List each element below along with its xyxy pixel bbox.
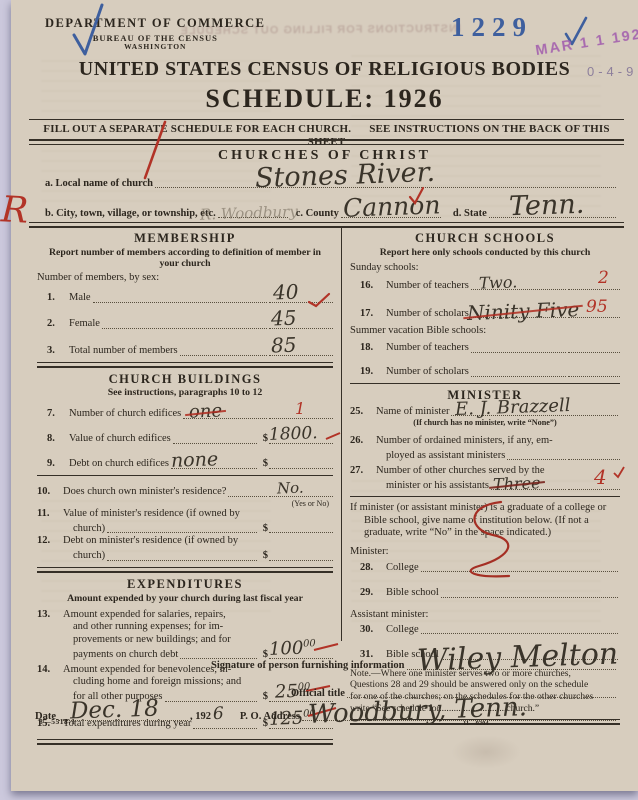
- assistant-count-answer: [568, 447, 620, 460]
- dollar-sign: $: [263, 550, 268, 562]
- assistant-college-label: College: [386, 624, 419, 636]
- schools-subheading: Report here only schools conducted by th…: [358, 247, 612, 258]
- field-residence-value: 11. Value of minister's residence (if ow…: [37, 508, 333, 520]
- item-number: 1.: [47, 292, 69, 304]
- red-margin-mark: R: [0, 189, 29, 233]
- red-brace-scribble: [439, 500, 539, 592]
- field-total-members: 3. Total number of members 85: [37, 343, 333, 358]
- female-answer: 45: [269, 316, 333, 329]
- edifices-value-answer: 1800.: [269, 431, 333, 444]
- field-residence-debt-2: church) $: [37, 548, 333, 563]
- sunday-scholars-value: Ninity Five: [466, 299, 579, 323]
- red-check-icon: [307, 292, 331, 308]
- city-label: b. City, town, village, or township, etc…: [45, 208, 216, 220]
- residence-debt-label-cont: church): [73, 550, 105, 562]
- item-number: 18.: [360, 342, 386, 354]
- form-content: INSTRUCTIONS FOR FILLING OUT SCHEDULE DE…: [11, 0, 638, 791]
- assistant-count-line1: Number of ordained ministers, if any, em…: [376, 435, 553, 447]
- dotted-leader: R. Woodbury: [218, 217, 288, 218]
- summer-teachers-label: Number of teachers: [386, 342, 469, 354]
- field-minister-name: 25. Name of minister E. J. Brazzell: [350, 406, 620, 418]
- field-sunday-scholars: 17. Number of scholars Ninity Five 95: [350, 305, 620, 320]
- edifices-count-red-value: 1: [295, 401, 305, 417]
- date-year-digit: 6: [213, 706, 224, 723]
- dotted-leader: [107, 560, 257, 561]
- total-members-value: 85: [271, 334, 297, 355]
- dotted-leader: one: [183, 418, 267, 419]
- field-exp-13-amount: payments on church debt $ 10000: [37, 646, 333, 661]
- item-number: 14.: [37, 664, 63, 676]
- residence-debt-label: Debt on minister's residence (if owned b…: [63, 535, 238, 547]
- dotted-leader: [102, 328, 267, 329]
- field-summer-scholars: 19. Number of scholars: [350, 364, 620, 379]
- dotted-leader: none: [171, 468, 257, 469]
- sunday-teachers-label: Number of teachers: [386, 280, 469, 292]
- membership-heading: MEMBERSHIP: [37, 231, 333, 246]
- dotted-leader: E. J. Brazzell: [451, 415, 618, 416]
- edifices-count-answer: 1: [269, 406, 333, 419]
- field-assistant-count-2: ployed as assistant ministers: [350, 447, 620, 462]
- dotted-leader: [107, 532, 257, 533]
- dotted-leader: Tenn.: [489, 217, 616, 218]
- membership-subheading: Report number of members according to de…: [45, 247, 325, 270]
- sunday-scholars-answer: 95: [568, 305, 620, 318]
- dollar-sign: $: [263, 691, 268, 703]
- local-name-label: a. Local name of church: [45, 178, 153, 190]
- summer-scholars-answer: [568, 364, 620, 377]
- residence-value-label: Value of minister's residence (if owned …: [63, 508, 240, 520]
- county-label: c. County: [296, 208, 339, 220]
- item-number: 8.: [47, 433, 69, 445]
- minister-college-label: College: [386, 562, 419, 574]
- serial-number-stamp: 1229: [451, 12, 533, 44]
- dotted-leader: Three: [491, 489, 566, 490]
- dotted-leader: [228, 496, 267, 497]
- edifices-value-amount: 1800.: [269, 425, 318, 444]
- double-rule: [37, 362, 333, 368]
- field-male: 1. Male 40: [37, 290, 333, 305]
- other-churches-value: Three: [493, 475, 541, 493]
- dotted-leader: [93, 302, 267, 303]
- signature-row: Signature of person furnishing informati…: [71, 660, 618, 672]
- edifices-count-label: Number of church edifices: [69, 408, 181, 420]
- other-churches-line2: minister or his assistants: [386, 480, 489, 492]
- item-number: 27.: [350, 465, 376, 477]
- exp-13-answer: 10000: [269, 646, 333, 659]
- dotted-leader: [180, 355, 267, 356]
- other-churches-answer: 4: [568, 477, 620, 490]
- field-own-residence: 10. Does church own minister's residence…: [37, 484, 333, 499]
- exp-13-line1: Amount expended for salaries, repairs,: [63, 609, 226, 621]
- sunday-scholars-red: 95: [586, 299, 608, 316]
- field-other-churches: 27. Number of other churches served by t…: [350, 465, 620, 477]
- residence-value-answer: [269, 520, 333, 533]
- field-exp-13: 13. Amount expended for salaries, repair…: [37, 609, 333, 621]
- form-title-block: UNITED STATES CENSUS OF RELIGIOUS BODIES…: [11, 58, 638, 114]
- po-address-value: Woodbury, Tenn.: [308, 694, 528, 728]
- own-residence-answer: No.: [269, 484, 333, 497]
- dotted-leader: [165, 701, 257, 702]
- item-number: 28.: [360, 562, 386, 574]
- state-label: d. State: [453, 208, 487, 220]
- exp-13-line2: and other running expenses; for im-: [73, 621, 223, 633]
- dotted-leader: [471, 352, 566, 353]
- item-number: 9.: [47, 458, 69, 470]
- dotted-leader: [471, 376, 566, 377]
- dotted-leader: [421, 633, 618, 634]
- edifices-value-label: Value of church edifices: [69, 433, 171, 445]
- item-number: 29.: [360, 587, 386, 599]
- field-residence-debt: 12. Debt on minister's residence (if own…: [37, 535, 333, 547]
- left-column: MEMBERSHIP Report number of members acco…: [29, 227, 341, 641]
- minister-bible-school-label: Bible school: [386, 587, 439, 599]
- edifices-debt-label: Debt on church edifices: [69, 458, 169, 470]
- expenditures-heading: EXPENDITURES: [37, 577, 333, 592]
- single-rule: [350, 383, 620, 384]
- dotted-leader: Two.: [471, 289, 566, 290]
- dotted-leader: Ninity Five: [471, 317, 566, 318]
- total-members-answer: 85: [269, 343, 333, 356]
- date-printed-year: , 192: [190, 711, 211, 723]
- male-label: Male: [69, 292, 91, 304]
- dotted-leader: [507, 459, 566, 460]
- sunday-teachers-value: Two.: [479, 275, 518, 292]
- item-number: 25.: [350, 406, 376, 418]
- dotted-leader: [441, 597, 618, 598]
- date-value: Dec. 18: [70, 697, 160, 723]
- own-residence-label: Does church own minister's residence?: [63, 486, 226, 498]
- field-summer-teachers: 18. Number of teachers: [350, 340, 620, 355]
- dotted-leader: Wiley Melton: [407, 669, 617, 670]
- residence-debt-answer: [269, 548, 333, 561]
- item-number: 3.: [47, 345, 69, 357]
- signature-value: Wiley Melton: [416, 640, 618, 677]
- paper-stain: [451, 735, 521, 769]
- dotted-leader: Cannon: [341, 217, 441, 218]
- item-number: 2.: [47, 318, 69, 330]
- double-rule: [37, 567, 333, 573]
- expenditures-subheading: Amount expended by your church during la…: [45, 593, 325, 604]
- red-check-icon: [407, 186, 425, 206]
- item-number: 26.: [350, 435, 376, 447]
- instruction-banner: FILL OUT A SEPARATE SCHEDULE FOR EACH CH…: [29, 119, 624, 150]
- summer-scholars-label: Number of scholars: [386, 366, 469, 378]
- heavy-rule: [29, 139, 624, 145]
- buildings-subheading: See instructions, paragraphs 10 to 12: [45, 387, 325, 398]
- state-value: Tenn.: [508, 191, 584, 221]
- dotted-leader: Stones River.: [155, 187, 616, 188]
- edifices-count-value: one: [189, 402, 223, 421]
- red-tick-icon: [313, 642, 339, 652]
- edifices-debt-answer: [269, 456, 333, 469]
- sunday-scholars-label: Number of scholars: [386, 308, 469, 320]
- dotted-leader: [193, 728, 256, 729]
- form-title: UNITED STATES CENSUS OF RELIGIOUS BODIES: [11, 58, 638, 82]
- item-number: 17.: [360, 308, 386, 320]
- field-edifices-debt: 9. Debt on church edifices none $: [37, 456, 333, 471]
- banner-text-1: FILL OUT A SEPARATE SCHEDULE FOR EACH CH…: [43, 123, 351, 135]
- po-address-label: P. O. Address: [240, 711, 300, 723]
- form-subtitle: SCHEDULE: 1926: [11, 84, 638, 115]
- summer-teachers-answer: [568, 340, 620, 353]
- exp-14-line2: cluding home and foreign missions; and: [73, 676, 241, 688]
- date-po-row: Date Dec. 18 , 192 6 P. O. Address Woodb…: [35, 706, 618, 723]
- field-other-churches-2: minister or his assistants Three 4: [350, 477, 620, 492]
- field-sunday-teachers: 16. Number of teachers Two. 2: [350, 277, 620, 292]
- dotted-leader: [173, 443, 257, 444]
- exp-13-line3: provements or new buildings; and for: [73, 634, 231, 646]
- assistant-count-line2: ployed as assistant ministers: [386, 450, 505, 462]
- item-number: 19.: [360, 366, 386, 378]
- dotted-leader: Dec. 18: [58, 720, 188, 721]
- sunday-teachers-red: 2: [598, 270, 609, 287]
- item-number: 7.: [47, 408, 69, 420]
- female-value: 45: [271, 307, 297, 328]
- red-tick-icon: [325, 431, 341, 441]
- item-number: 30.: [360, 624, 386, 636]
- minister-name-label: Name of minister: [376, 406, 449, 418]
- field-edifices-value: 8. Value of church edifices $ 1800.: [37, 431, 333, 446]
- red-check-icon: [612, 465, 626, 479]
- single-rule: [350, 496, 620, 497]
- dollar-sign: $: [263, 433, 268, 445]
- city-value: R. Woodbury: [200, 205, 298, 223]
- own-residence-value: No.: [277, 480, 304, 496]
- schools-heading: CHURCH SCHOOLS: [350, 231, 620, 246]
- female-label: Female: [69, 318, 100, 330]
- scanned-form-sheet: INSTRUCTIONS FOR FILLING OUT SCHEDULE DE…: [11, 0, 638, 791]
- male-value: 40: [273, 281, 299, 302]
- field-city-county-state: b. City, town, village, or township, etc…: [45, 208, 618, 220]
- form-number: 8—5518-1: [39, 718, 76, 727]
- residence-value-label-cont: church): [73, 523, 105, 535]
- county-value: Cannon: [342, 193, 440, 221]
- item-number: 12.: [37, 535, 63, 547]
- dollar-sign: $: [263, 458, 268, 470]
- dotted-leader: [180, 658, 256, 659]
- sunday-teachers-answer: 2: [568, 277, 620, 290]
- field-female: 2. Female 45: [37, 316, 333, 331]
- field-local-name: a. Local name of church Stones River.: [45, 178, 618, 190]
- other-churches-red: 4: [594, 467, 607, 487]
- item-number: 16.: [360, 280, 386, 292]
- field-residence-value-2: church) $: [37, 520, 333, 535]
- blue-check-icon: [61, 2, 107, 60]
- field-assistant-college: 30. College: [350, 624, 620, 636]
- single-rule: [37, 475, 333, 476]
- dollar-sign: $: [263, 523, 268, 535]
- signature-label: Signature of person furnishing informati…: [211, 660, 405, 672]
- total-members-label: Total number of members: [69, 345, 178, 357]
- minister-name-value: E. J. Brazzell: [455, 397, 571, 419]
- exp-13-value: 10000: [269, 639, 317, 659]
- field-assistant-count: 26. Number of ordained ministers, if any…: [350, 435, 620, 447]
- dotted-leader: Woodbury, Tenn.: [302, 720, 616, 721]
- item-number: 11.: [37, 508, 63, 520]
- minister-none-hint: (If church has no minister, write “None”…: [350, 418, 620, 428]
- item-number: 10.: [37, 486, 63, 498]
- education-assistant-label: Assistant minister:: [350, 609, 620, 621]
- item-number: 13.: [37, 609, 63, 621]
- yes-or-no-hint: (Yes or No): [37, 499, 329, 508]
- field-edifices-count: 7. Number of church edifices one 1: [37, 406, 333, 421]
- summer-schools-label: Summer vacation Bible schools:: [350, 325, 620, 337]
- edifices-debt-value: none: [171, 450, 219, 471]
- buildings-heading: CHURCH BUILDINGS: [37, 372, 333, 387]
- print-code: 11—9204: [463, 720, 489, 728]
- double-rule: [37, 739, 333, 745]
